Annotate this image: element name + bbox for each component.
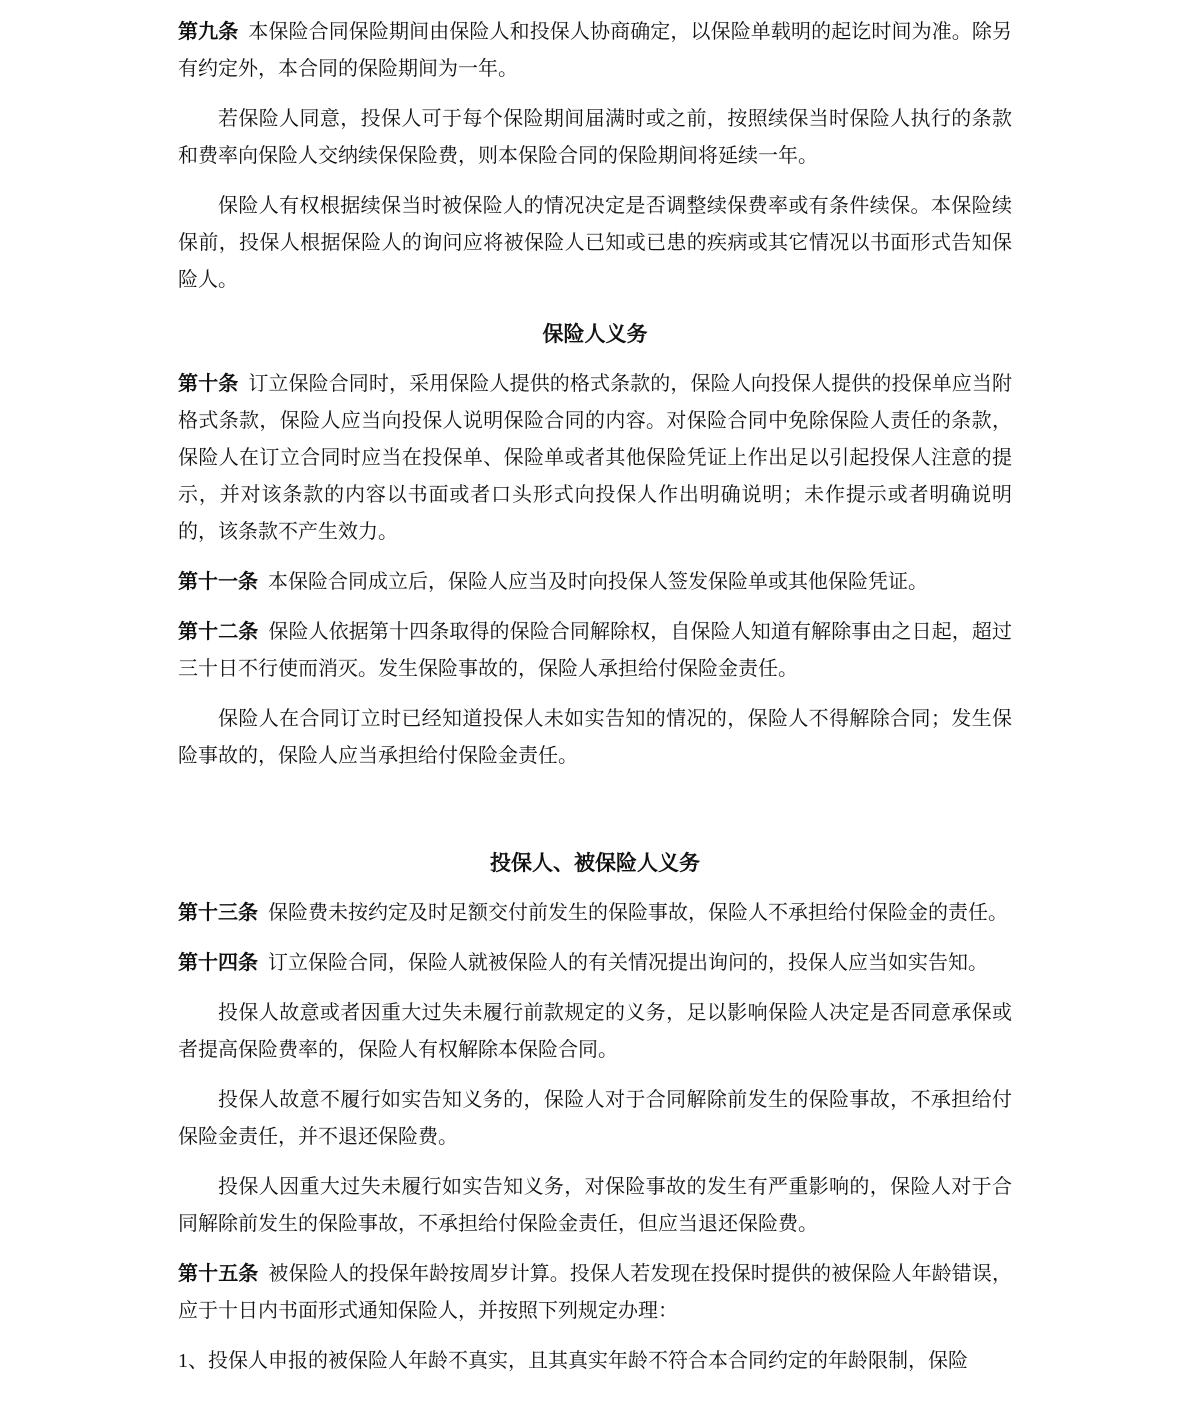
article-9-paragraph: 第九条本保险合同保险期间由保险人和投保人协商确定，以保险单载明的起讫时间为准。除… (178, 14, 1012, 88)
section-heading-insurer-obligations: 保险人义务 (178, 316, 1012, 353)
document-page: 第九条本保险合同保险期间由保险人和投保人协商确定，以保险单载明的起讫时间为准。除… (0, 0, 1190, 1423)
intentional-gross-negligence-paragraph: 投保人故意或者因重大过失未履行前款规定的义务，足以影响保险人决定是否同意承保或者… (178, 995, 1012, 1069)
article-14-paragraph: 第十四条订立保险合同，保险人就被保险人的有关情况提出询问的，投保人应当如实告知。 (178, 945, 1012, 982)
article-10-text: 订立保险合同时，采用保险人提供的格式条款的，保险人向投保人提供的投保单应当附格式… (178, 373, 1012, 543)
article-10-paragraph: 第十条订立保险合同时，采用保险人提供的格式条款的，保险人向投保人提供的投保单应当… (178, 366, 1012, 551)
intentional-gross-negligence-text: 投保人故意或者因重大过失未履行前款规定的义务，足以影响保险人决定是否同意承保或者… (178, 1002, 1012, 1061)
insurer-known-facts-paragraph: 保险人在合同订立时已经知道投保人未如实告知的情况的，保险人不得解除合同；发生保险… (178, 701, 1012, 775)
article-12-paragraph: 第十二条保险人依据第十四条取得的保险合同解除权，自保险人知道有解除事由之日起，超… (178, 614, 1012, 688)
age-misstatement-item-1: 1、投保人申报的被保险人年龄不真实，且其真实年龄不符合本合同约定的年龄限制，保险 (178, 1343, 1012, 1380)
article-14-text: 订立保险合同，保险人就被保险人的有关情况提出询问的，投保人应当如实告知。 (268, 952, 988, 974)
intentional-nondisclosure-paragraph: 投保人故意不履行如实告知义务的，保险人对于合同解除前发生的保险事故，不承担给付保… (178, 1082, 1012, 1156)
insurer-known-facts-text: 保险人在合同订立时已经知道投保人未如实告知的情况的，保险人不得解除合同；发生保险… (178, 708, 1012, 767)
article-13-paragraph: 第十三条保险费未按约定及时足额交付前发生的保险事故，保险人不承担给付保险金的责任… (178, 895, 1012, 932)
article-15-number: 第十五条 (178, 1263, 258, 1285)
section-heading-applicant-insured-obligations: 投保人、被保险人义务 (178, 845, 1012, 882)
renewal-consent-paragraph: 若保险人同意，投保人可于每个保险期间届满时或之前，按照续保当时保险人执行的条款和… (178, 101, 1012, 175)
article-13-number: 第十三条 (178, 902, 258, 924)
article-12-text: 保险人依据第十四条取得的保险合同解除权，自保险人知道有解除事由之日起，超过三十日… (178, 621, 1012, 680)
renewal-consent-text: 若保险人同意，投保人可于每个保险期间届满时或之前，按照续保当时保险人执行的条款和… (178, 108, 1012, 167)
article-14-number: 第十四条 (178, 952, 258, 974)
article-9-text: 本保险合同保险期间由保险人和投保人协商确定，以保险单载明的起讫时间为准。除另有约… (178, 21, 1012, 80)
gross-negligence-nondisclosure-paragraph: 投保人因重大过失未履行如实告知义务，对保险事故的发生有严重影响的，保险人对于合同… (178, 1169, 1012, 1243)
article-12-number: 第十二条 (178, 621, 258, 643)
intentional-nondisclosure-text: 投保人故意不履行如实告知义务的，保险人对于合同解除前发生的保险事故，不承担给付保… (178, 1089, 1012, 1148)
article-9-number: 第九条 (178, 21, 238, 43)
renewal-adjustment-text: 保险人有权根据续保当时被保险人的情况决定是否调整续保费率或有条件续保。本保险续保… (178, 195, 1012, 291)
article-11-number: 第十一条 (178, 571, 258, 593)
article-13-text: 保险费未按约定及时足额交付前发生的保险事故，保险人不承担给付保险金的责任。 (268, 902, 1008, 924)
age-misstatement-item-1-text: 1、投保人申报的被保险人年龄不真实，且其真实年龄不符合本合同约定的年龄限制，保险 (178, 1350, 968, 1372)
article-11-paragraph: 第十一条本保险合同成立后，保险人应当及时向投保人签发保险单或其他保险凭证。 (178, 564, 1012, 601)
article-15-paragraph: 第十五条被保险人的投保年龄按周岁计算。投保人若发现在投保时提供的被保险人年龄错误… (178, 1256, 1012, 1330)
gross-negligence-nondisclosure-text: 投保人因重大过失未履行如实告知义务，对保险事故的发生有严重影响的，保险人对于合同… (178, 1176, 1012, 1235)
renewal-adjustment-paragraph: 保险人有权根据续保当时被保险人的情况决定是否调整续保费率或有条件续保。本保险续保… (178, 188, 1012, 299)
article-11-text: 本保险合同成立后，保险人应当及时向投保人签发保险单或其他保险凭证。 (268, 571, 928, 593)
article-10-number: 第十条 (178, 373, 238, 395)
article-15-text: 被保险人的投保年龄按周岁计算。投保人若发现在投保时提供的被保险人年龄错误，应于十… (178, 1263, 1012, 1322)
